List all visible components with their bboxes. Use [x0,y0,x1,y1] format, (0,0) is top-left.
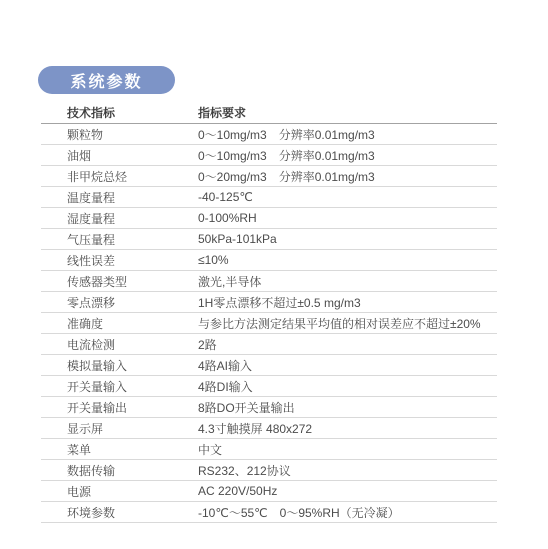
spec-value: 与参比方法测定结果平均值的相对误差应不超过±20% [198,315,497,332]
spec-name: 非甲烷总烃 [41,168,198,185]
spec-name: 菜单 [41,441,198,458]
spec-table-header: 技术指标 指标要求 [41,101,497,124]
spec-value: RS232、212协议 [198,462,497,479]
spec-value: ≤10% [198,253,497,267]
spec-value: 4路AI输入 [198,357,497,374]
table-row: 准确度 与参比方法测定结果平均值的相对误差应不超过±20% [41,313,497,334]
spec-table-body: 颗粒物 0～10mg/m3 分辨率0.01mg/m3 油烟 0～10mg/m3 … [41,124,497,523]
spec-value: 2路 [198,336,497,353]
spec-value: 4.3寸触摸屏 480x272 [198,420,497,437]
table-row: 模拟量输入 4路AI输入 [41,355,497,376]
spec-name: 油烟 [41,147,198,164]
spec-name: 温度量程 [41,189,198,206]
table-row: 显示屏 4.3寸触摸屏 480x272 [41,418,497,439]
table-row: 传感器类型 激光,半导体 [41,271,497,292]
spec-sheet-page: 系统参数 技术指标 指标要求 颗粒物 0～10mg/m3 分辨率0.01mg/m… [0,0,548,549]
spec-name: 环境参数 [41,504,198,521]
spec-name: 线性误差 [41,252,198,269]
table-row: 线性误差 ≤10% [41,250,497,271]
table-row: 油烟 0～10mg/m3 分辨率0.01mg/m3 [41,145,497,166]
spec-value: 激光,半导体 [198,273,497,290]
spec-value: 4路DI输入 [198,378,497,395]
table-row: 零点漂移 1H零点漂移不超过±0.5 mg/m3 [41,292,497,313]
spec-value: 中文 [198,441,497,458]
table-row: 环境参数 -10℃～55℃ 0～95%RH（无冷凝） [41,502,497,523]
spec-name: 气压量程 [41,231,198,248]
spec-value: 1H零点漂移不超过±0.5 mg/m3 [198,294,497,311]
spec-name: 传感器类型 [41,273,198,290]
spec-value: 0～20mg/m3 分辨率0.01mg/m3 [198,168,497,185]
spec-name: 颗粒物 [41,126,198,143]
spec-name: 模拟量输入 [41,357,198,374]
spec-value: 8路DO开关量输出 [198,399,497,416]
table-row: 电源 AC 220V/50Hz [41,481,497,502]
spec-name: 开关量输入 [41,378,198,395]
spec-name: 开关量输出 [41,399,198,416]
spec-value: 0～10mg/m3 分辨率0.01mg/m3 [198,147,497,164]
table-row: 温度量程 -40-125℃ [41,187,497,208]
table-row: 湿度量程 0-100%RH [41,208,497,229]
spec-name: 准确度 [41,315,198,332]
header-indicator-requirement: 指标要求 [198,104,497,121]
header-technical-indicator: 技术指标 [41,104,198,121]
spec-value: AC 220V/50Hz [198,484,497,498]
spec-value: 0-100%RH [198,211,497,225]
spec-name: 零点漂移 [41,294,198,311]
spec-name: 湿度量程 [41,210,198,227]
table-row: 电流检测 2路 [41,334,497,355]
spec-name: 电源 [41,483,198,500]
section-title: 系统参数 [70,69,142,92]
spec-value: -40-125℃ [198,190,497,204]
spec-name: 电流检测 [41,336,198,353]
table-row: 颗粒物 0～10mg/m3 分辨率0.01mg/m3 [41,124,497,145]
spec-table: 技术指标 指标要求 颗粒物 0～10mg/m3 分辨率0.01mg/m3 油烟 … [41,101,497,523]
spec-name: 显示屏 [41,420,198,437]
table-row: 非甲烷总烃 0～20mg/m3 分辨率0.01mg/m3 [41,166,497,187]
table-row: 气压量程 50kPa-101kPa [41,229,497,250]
table-row: 菜单 中文 [41,439,497,460]
spec-name: 数据传输 [41,462,198,479]
section-title-badge: 系统参数 [38,66,175,94]
table-row: 开关量输出 8路DO开关量输出 [41,397,497,418]
spec-value: -10℃～55℃ 0～95%RH（无冷凝） [198,504,497,521]
table-row: 数据传输 RS232、212协议 [41,460,497,481]
spec-value: 0～10mg/m3 分辨率0.01mg/m3 [198,126,497,143]
spec-value: 50kPa-101kPa [198,232,497,246]
table-row: 开关量输入 4路DI输入 [41,376,497,397]
